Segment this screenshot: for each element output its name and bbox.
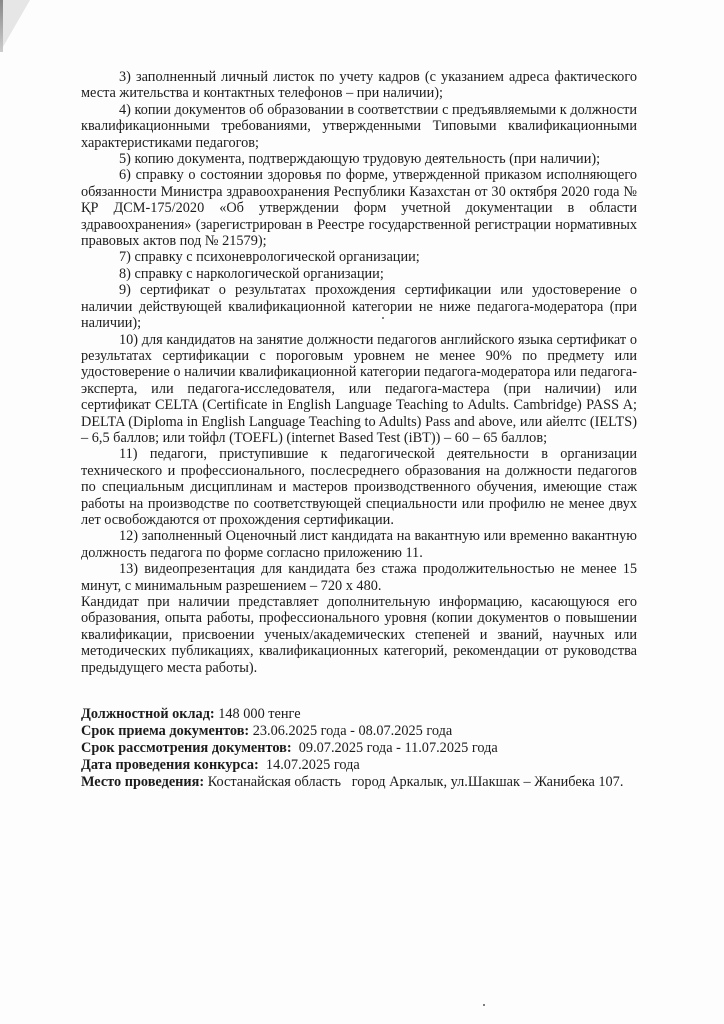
vacancy-details: Должностной оклад: 148 000 тенге Срок пр… (81, 706, 637, 791)
additional-info-paragraph: Кандидат при наличии представляет дополн… (81, 594, 637, 676)
requirement-item: 4) копии документов об образовании в соо… (81, 102, 637, 151)
contest-date-label: Дата проведения конкурса: (81, 757, 259, 773)
contest-date-row: Дата проведения конкурса: 14.07.2025 год… (81, 757, 637, 774)
requirement-item: 13) видеопрезентация для кандидата без с… (81, 561, 637, 594)
venue-row: Место проведения: Костанайская область г… (81, 774, 637, 791)
acceptance-period-value: 23.06.2025 года - 08.07.2025 года (249, 723, 452, 739)
salary-value: 148 000 тенге (215, 706, 301, 722)
salary-label: Должностной оклад: (81, 706, 215, 722)
contest-date-value: 14.07.2025 года (259, 757, 360, 773)
salary-row: Должностной оклад: 148 000 тенге (81, 706, 637, 723)
requirement-item: 5) копию документа, подтверждающую трудо… (81, 151, 637, 167)
scanned-page-corner-fold (0, 0, 30, 52)
requirement-item: 8) справку с наркологической организации… (81, 266, 637, 282)
requirement-item: 10) для кандидатов на занятие должности … (81, 332, 637, 447)
scanned-page-edge-shadow (0, 0, 3, 52)
acceptance-period-row: Срок приема документов: 23.06.2025 года … (81, 723, 637, 740)
acceptance-period-label: Срок приема документов: (81, 723, 249, 739)
document-page: 3) заполненный личный листок по учету ка… (81, 69, 637, 791)
requirement-item: 12) заполненный Оценочный лист кандидата… (81, 528, 637, 561)
review-period-value: 09.07.2025 года - 11.07.2025 года (292, 740, 498, 756)
requirement-item: 6) справку о состоянии здоровья по форме… (81, 167, 637, 249)
scan-speck (382, 317, 384, 319)
requirement-item: 9) сертификат о результатах прохождения … (81, 282, 637, 331)
venue-value: Костанайская область город Аркалык, ул.Ш… (204, 774, 623, 790)
venue-label: Место проведения: (81, 774, 204, 790)
requirements-list: 3) заполненный личный листок по учету ка… (81, 69, 637, 594)
requirement-item: 11) педагоги, приступившие к педагогичес… (81, 446, 637, 528)
requirement-item: 7) справку с психоневрологической органи… (81, 249, 637, 265)
review-period-row: Срок рассмотрения документов: 09.07.2025… (81, 740, 637, 757)
requirement-item: 3) заполненный личный листок по учету ка… (81, 69, 637, 102)
review-period-label: Срок рассмотрения документов: (81, 740, 292, 756)
scan-speck (483, 1004, 485, 1006)
